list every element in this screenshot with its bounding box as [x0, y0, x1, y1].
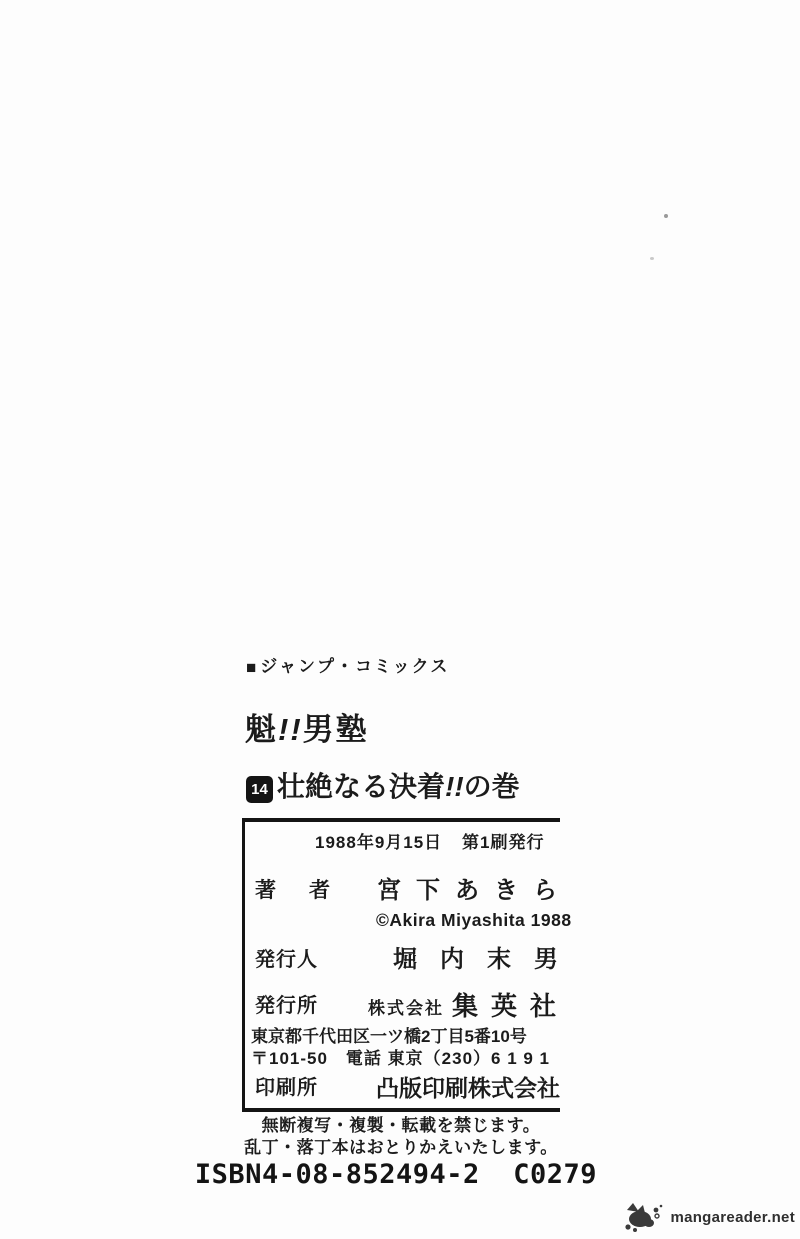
- series-title-text-2: 男塾: [303, 712, 369, 747]
- publisher-address: 東京都千代田区一ツ橋2丁目5番10号: [251, 1028, 527, 1045]
- printer-name: 凸版印刷株式会社: [376, 1077, 560, 1100]
- colophon-box: 1988年9月15日 第1刷発行 著者 宮下あきら ©Akira Miyashi…: [242, 818, 560, 1112]
- author-name: 宮下あきら: [377, 879, 572, 903]
- site-watermark: mangareader.net: [623, 1201, 795, 1233]
- series-title-text: 魁: [245, 712, 278, 747]
- square-bullet-icon: ■: [246, 659, 258, 676]
- defective-copy-notice: 乱丁・落丁本はおとりかえいたします。: [236, 1139, 566, 1156]
- printer-label: 印刷所: [255, 1078, 318, 1098]
- author-label: 著者: [255, 880, 363, 901]
- isbn-code: ISBN4-08-852494-2 C0279: [0, 1161, 792, 1188]
- mangareader-logo-icon: [623, 1201, 669, 1233]
- imprint-label: ジャンプ・コミックス: [260, 657, 449, 676]
- volume-number-badge: 14: [246, 776, 273, 803]
- issuer-name: 堀内末男: [393, 948, 581, 972]
- volume-title-line: 14壮絶なる決着!!の巻: [246, 773, 520, 803]
- series-title-exclamation: !!: [278, 712, 303, 747]
- publisher-label: 発行所: [255, 996, 318, 1016]
- scan-speck: [664, 214, 668, 218]
- series-title: 魁!!男塾: [245, 714, 369, 745]
- issue-date: 1988年9月15日: [315, 834, 442, 851]
- scan-speck: [650, 257, 654, 260]
- publisher-phone: 〒101-50 電話 東京（230）6 1 9 1: [251, 1050, 550, 1067]
- scanned-manga-colophon-page: ■ジャンプ・コミックス 魁!!男塾 14壮絶なる決着!!の巻 1988年9月15…: [0, 0, 800, 1239]
- printing-note: 第1刷発行: [462, 834, 544, 851]
- site-watermark-label: mangareader.net: [670, 1209, 795, 1226]
- copy-prohibition-notice: 無断複写・複製・転載を禁じます。: [242, 1117, 560, 1134]
- issuer-label: 発行人: [255, 950, 318, 970]
- imprint-line: ■ジャンプ・コミックス: [246, 658, 449, 676]
- volume-title-exclamation: !!: [445, 771, 464, 802]
- volume-title-text-2: の巻: [464, 771, 520, 802]
- publisher-prefix: 株式会社: [368, 1000, 444, 1017]
- volume-title-text: 壮絶なる決着: [277, 771, 445, 802]
- copyright-notice: ©Akira Miyashita 1988: [376, 912, 572, 930]
- publisher-name: 集英社: [452, 993, 569, 1019]
